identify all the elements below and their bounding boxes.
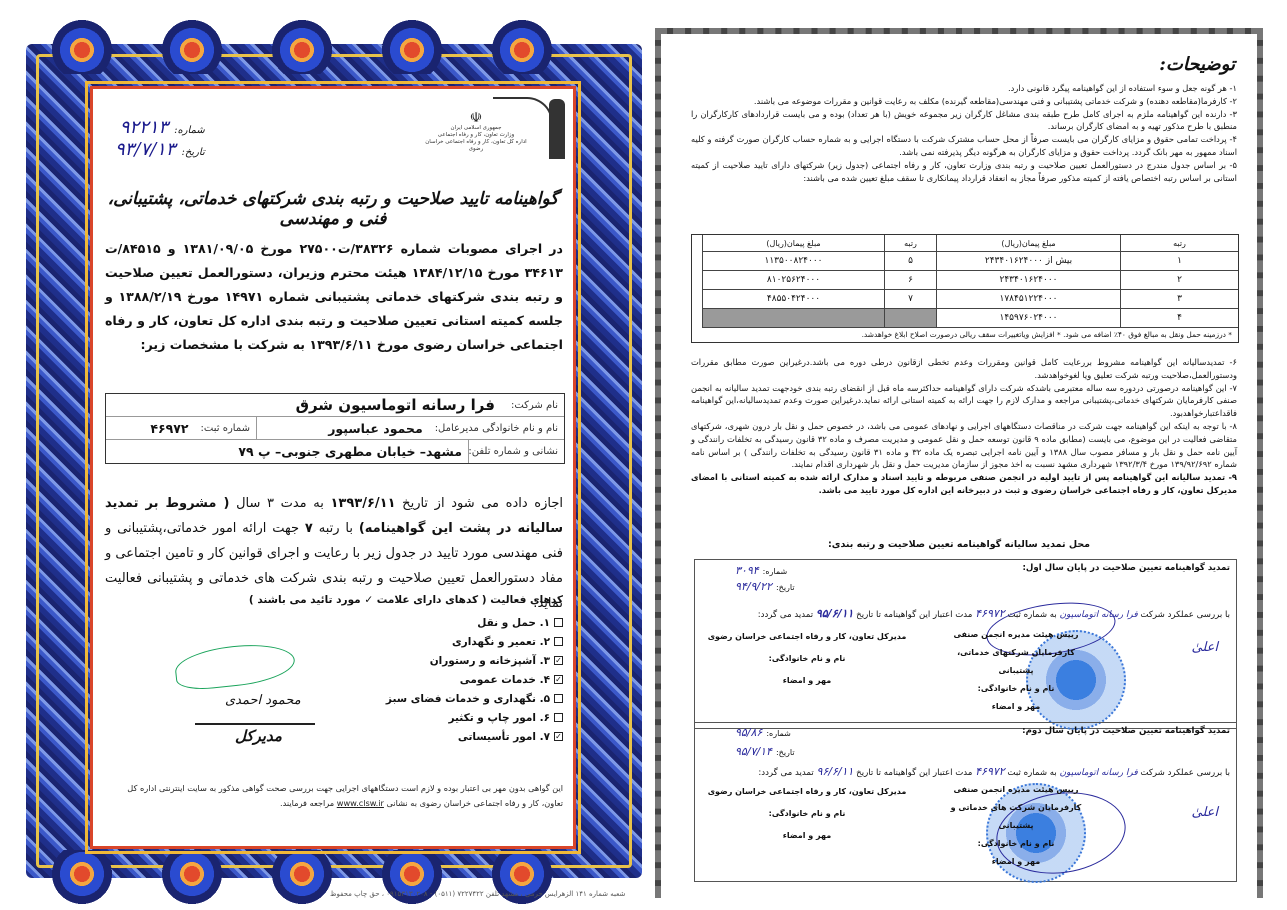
sentence-text: مدت اعتبار این گواهینامه تا تاریخ [856,610,972,620]
company-name-row: نام شرکت: فرا رسانه اتوماسیون شرق [106,394,564,417]
qualification-certificate-front: شماره: ۹۲۲۱۳ تاریخ: ۹۳/۷/۱۳ ☫ جمهوری اسل… [12,14,642,880]
registration-value: ۴۶۹۷۲ [150,421,188,436]
note-item: ۶- تمدیدسالیانه این گواهینامه مشروط بررع… [691,356,1237,382]
name-label: نام و نام خانوادگی: [707,803,907,825]
amount-cell: ۴۸۵۵۰۴۲۴۰۰۰ [702,290,884,309]
number-label: شماره: [174,125,205,136]
signatory-title: مدیرکل [235,727,282,745]
name-label: نام و نام خانوادگی: [946,680,1086,698]
checkbox-checked-icon: ✓ [554,732,563,741]
number-label: شماره: [763,567,788,576]
number-value: ۳۰۹۴ [735,564,759,577]
association-signature-area: رییس هیئت مدیره انجمن صنفی کارفرمایان شر… [946,626,1086,716]
signature-line [195,723,315,725]
checkbox-unchecked-icon [554,637,563,646]
address-row: نشانی و شماره تلفن: مشهد– خیابان مطهری ج… [106,440,564,463]
emblem-line: وزارت تعاون، کار و رفاه اجتماعی [421,132,531,139]
renewal-sentence: با بررسی عملکرد شرکت فرا رسانه اتوماسیون… [701,607,1230,620]
handwritten-registration: ۴۶۹۷۲ [975,765,1005,778]
table-header: رتبه [884,235,936,252]
renewal-box-year-2: تمدید گواهینامه تعیین صلاحیت در پایان سا… [694,722,1237,882]
qualification-certificate-back: توضیحات: ۱- هر گونه جعل و سوء استفاده از… [655,28,1263,898]
rank-cell: ۲ [1120,271,1238,290]
sentence-text: به شماره ثبت [1007,768,1056,778]
checkbox-checked-icon: ✓ [554,656,563,665]
certificate-content: شماره: ۹۲۲۱۳ تاریخ: ۹۳/۷/۱۳ ☫ جمهوری اسل… [95,91,571,844]
amount-cell: ۱۱۳۵۰۰۸۲۴۰۰۰ [702,252,884,271]
intro-paragraph: در اجرای مصوبات شماره ۳۸۳۲۶/ت۲۷۵۰۰ مورخ … [105,237,563,357]
address-label: نشانی و شماره تلفن: [468,446,558,457]
rank-cell: ۶ [884,271,936,290]
rank-cell: ۵ [884,252,936,271]
note-item: ۷- این گواهینامه درصورتی دردوره سه ساله … [691,382,1237,420]
renewal-date: تاریخ:۹۴/۹/۲۲ [735,580,795,593]
company-name-value: فرا رسانه اتوماسیون شرق [296,396,495,414]
renewal-section-title: محل تمدید سالیانه گواهینامه تعیین صلاحیت… [661,539,1257,550]
ornament-motif [382,850,442,910]
activity-label: ۲. تعمیر و نگهداری [452,636,550,648]
activity-label: ۵. نگهداری و خدمات فضای سبز [386,693,550,705]
empty-gray-cell [702,309,884,328]
date-label: تاریخ: [776,583,795,592]
ornament-motif [382,14,442,74]
activity-item: ✓۴. خدمات عمومی [333,670,563,689]
activity-item: ۶. امور چاپ و تکثیر [333,708,563,727]
activity-label: ۴. خدمات عمومی [460,674,550,686]
table-header: مبلغ پیمان(ریال) [702,235,884,252]
renewal-number: شماره:۹۵/۸۶ [735,726,791,739]
minaret-logo-icon [549,99,565,159]
handwritten-until-date: ۹۵/۶/۱۱ [816,607,854,620]
letter-number-block: شماره: ۹۲۲۱۳ تاریخ: ۹۳/۷/۱۳ [115,117,205,161]
activity-item: ۱. حمل و نقل [333,613,563,632]
seal-label: مهر و امضاء [946,698,1086,716]
note-item: ۸- با توجه به اینکه این گواهینامه جهت شر… [691,420,1237,471]
empty-gray-cell [884,309,936,328]
checkbox-unchecked-icon [554,618,563,627]
note-item: ۱- هر گونه جعل و سوء استفاده از این گواه… [691,82,1237,95]
emblem-line: جمهوری اسلامی ایران [421,125,531,132]
table-header: رتبه [1120,235,1238,252]
activity-item: ✓۳. آشپزخانه و رستوران [333,651,563,670]
fee-grid: رتبه مبلغ پیمان(ریال) رتبه مبلغ پیمان(ری… [692,235,1238,328]
table-footnote: * درزمینه حمل ونقل به مبالغ فوق ۴۰٪ اضاف… [692,328,1238,342]
note-item: ۴- پرداخت تمامی حقوق و مزایای کارگران می… [691,133,1237,159]
emblem-line: اداره کل تعاون، کار و رفاه اجتماعی خراسا… [421,139,531,153]
renewal-date: تاریخ:۹۵/۷/۱۴ [735,745,795,758]
signer-title: رییس هیئت مدیره انجمن صنفی کارفرمایان شر… [946,781,1086,835]
notes-list: ۱- هر گونه جعل و سوء استفاده از این گواه… [691,82,1237,184]
date-label: تاریخ: [776,748,795,757]
director-signature-area: مدیرکل تعاون، کار و رفاه اجتماعی خراسان … [707,626,907,692]
sentence-text: با بررسی عملکرد شرکت [1140,610,1230,620]
renewal-box-year-1: تمدید گواهینامه تعیین صلاحیت در پایان سا… [694,559,1237,729]
printer-imprint: شعبه شماره ۱۴۱ الزهرایس حرمی ، مشهد تلفن… [330,890,625,898]
note-item: ۲- کارفرما(مقاطعه دهنده) و شرکت خدماتی پ… [691,95,1237,108]
footer-text: مراجعه فرمایند. [280,798,337,808]
checkbox-unchecked-icon [554,713,563,722]
ornament-motif [492,850,552,910]
signer-title: مدیرکل تعاون، کار و رفاه اجتماعی خراسان … [707,626,907,648]
activity-item: ✓۷. امور تأسیساتی [333,727,563,746]
checkbox-unchecked-icon [554,694,563,703]
ornament-motif [272,850,332,910]
amount-cell: ۱۷۸۴۵۱۲۲۴۰۰۰ [936,290,1120,309]
address-value: مشهد– خیابان مطهری جنوبی– پ ۷۹ [238,444,462,459]
ceo-row: نام و نام خانوادگی مدیرعامل: محمود عباسپ… [106,417,564,440]
signer-title: مدیرکل تعاون، کار و رفاه اجتماعی خراسان … [707,781,907,803]
note-item: ۵- بر اساس جدول مندرج در دستورالعمل تعیی… [691,159,1237,185]
seal-label: مهر و امضاء [707,825,907,847]
amount-cell: بیش از ۲۴۳۴۰۱۶۲۴۰۰۰ [936,252,1120,271]
number-value: ۹۵/۸۶ [735,726,762,739]
note-item: ۳- دارنده این گواهینامه ملزم به اجرای کا… [691,108,1237,134]
table-header: مبلغ پیمان(ریال) [936,235,1120,252]
ornament-motif [52,850,112,910]
name-label: نام و نام خانوادگی: [946,835,1086,853]
association-signature-area: رییس هیئت مدیره انجمن صنفی کارفرمایان شر… [946,781,1086,871]
signature-scribble-icon [173,640,297,692]
handwritten-company: فرا رسانه اتوماسیون [1059,768,1137,778]
amount-cell: ۲۴۳۴۰۱۶۲۴۰۰۰ [936,271,1120,290]
date-value: ۹۵/۷/۱۴ [735,745,772,758]
activity-label: ۱. حمل و نقل [477,617,550,629]
amount-cell: ۸۱۰۲۵۶۲۴۰۰۰ [702,271,884,290]
notes-list-continued: ۶- تمدیدسالیانه این گواهینامه مشروط بررع… [691,356,1237,497]
note-item: ۹- تمدید سالیانه این گواهینامه پس از تای… [691,471,1237,497]
renewal-heading: تمدید گواهینامه تعیین صلاحیت در پایان سا… [1022,726,1230,736]
signer-title: رییس هیئت مدیره انجمن صنفی کارفرمایان شر… [946,626,1086,680]
activity-label: ۷. امور تأسیساتی [458,731,550,743]
verification-url-link[interactable]: www.clsw.ir [337,798,384,808]
date-value: ۹۳/۷/۱۳ [115,139,175,160]
signatory-name: محمود احمدی [225,693,301,708]
ornament-motif [492,14,552,74]
registration-label: شماره ثبت: [201,423,250,434]
ceo-label: نام و نام خانوادگی مدیرعامل: [435,423,558,434]
company-info-table: نام شرکت: فرا رسانه اتوماسیون شرق نام و … [105,393,565,464]
director-signature: محمود احمدی مدیرکل [165,631,305,751]
certificate-title: گواهینامه تایید صلاحیت و رتبه بندی شرکته… [105,189,561,229]
renewal-number: شماره:۳۰۹۴ [735,564,787,577]
certificate-footer-note: این گواهی بدون مهر بی اعتبار بوده و لازم… [105,781,563,811]
sentence-text: مدت اعتبار این گواهینامه تا تاریخ [856,768,972,778]
date-label: تاریخ: [181,147,204,158]
amount-cell: ۱۴۵۹۷۶۰۲۴۰۰۰ [936,309,1120,328]
name-label: نام و نام خانوادگی: [707,648,907,670]
seal-label: مهر و امضاء [707,670,907,692]
activity-codes-heading: کدهای فعالیت ( کدهای دارای علامت ✓ مورد … [249,594,563,606]
activity-label: ۳. آشپزخانه و رستوران [430,655,550,667]
rank-cell: ۷ [884,290,936,309]
activity-item: ۵. نگهداری و خدمات فضای سبز [333,689,563,708]
ornament-motif [162,14,222,74]
number-label: شماره: [766,729,791,738]
rank-cell: ۱ [1120,252,1238,271]
number-value: ۹۲۲۱۳ [120,117,168,138]
permit-rank: ۷ [305,521,313,536]
renewal-heading: تمدید گواهینامه تعیین صلاحیت در پایان سا… [1022,563,1230,573]
handwritten-signature-icon: اعلیٰ [1191,805,1218,820]
sentence-text: تمدید می گردد: [758,610,813,620]
date-value: ۹۴/۹/۲۲ [735,580,772,593]
ornament-motif [52,14,112,74]
handwritten-until-date: ۹۶/۶/۱۱ [816,765,853,778]
activity-item: ۲. تعمیر و نگهداری [333,632,563,651]
ministry-emblem: ☫ جمهوری اسلامی ایران وزارت تعاون، کار و… [421,111,531,161]
rank-cell: ۳ [1120,290,1238,309]
notes-title: توضیحات: [1159,54,1235,75]
sentence-text: با بررسی عملکرد شرکت [1140,768,1230,778]
permit-text: اجازه داده می شود از تاریخ [396,496,563,511]
permit-text: به مدت ۳ سال [229,496,330,511]
activity-codes-list: ۱. حمل و نقل ۲. تعمیر و نگهداری ✓۳. آشپز… [333,613,563,746]
ceo-value: محمود عباسپور [328,421,423,436]
ornament-motif [162,850,222,910]
checkbox-checked-icon: ✓ [554,675,563,684]
activity-label: ۶. امور چاپ و تکثیر [448,712,550,724]
sentence-text: تمدید می گردد: [758,768,813,778]
iran-emblem-icon: ☫ [421,111,531,125]
permit-text: با رتبه [313,521,359,536]
director-signature-area: مدیرکل تعاون، کار و رفاه اجتماعی خراسان … [707,781,907,847]
handwritten-signature-icon: اعلیٰ [1191,640,1218,655]
company-name-label: نام شرکت: [511,400,558,411]
ornament-motif [272,14,332,74]
seal-label: مهر و امضاء [946,853,1086,871]
renewal-sentence: با بررسی عملکرد شرکت فرا رسانه اتوماسیون… [701,765,1230,778]
permit-start-date: ۱۳۹۳/۶/۱۱ [331,496,396,511]
contract-ceiling-table: رتبه مبلغ پیمان(ریال) رتبه مبلغ پیمان(ری… [691,234,1239,343]
rank-cell: ۴ [1120,309,1238,328]
